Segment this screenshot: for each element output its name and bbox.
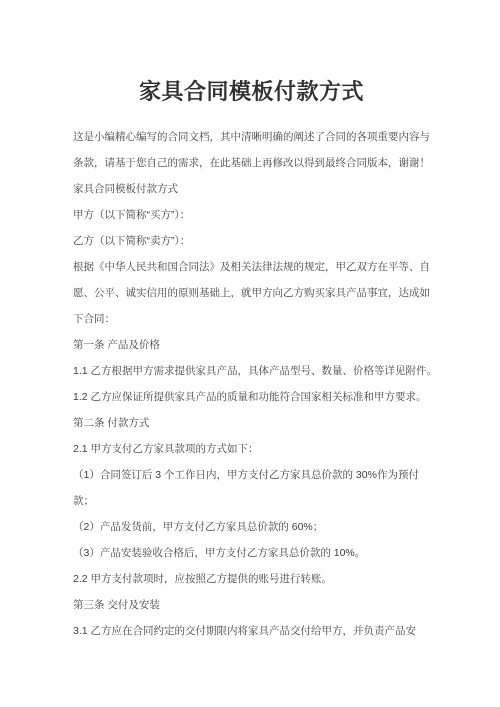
document-page: 家具合同模板付款方式 这是小编精心编写的合同文档，其中清晰明确的阐述了合同的各项… [0,0,500,707]
paragraph: （3）产品安装验收合格后，甲方支付乙方家具总价款的 10%。 [73,540,442,566]
paragraph: 1.1 乙方根据甲方需求提供家具产品，具体产品型号、数量、价格等详见附件。 [73,358,442,384]
paragraph: 1.2 乙方应保证所提供家具产品的质量和功能符合国家相关标准和甲方要求。 [73,384,442,410]
paragraph: 2.1 甲方支付乙方家具款项的方式如下： [73,436,442,462]
text-line: 愿、公平、诚实信用的原则基础上，就甲方向乙方购买家具产品事宜，达成如 [73,280,442,306]
paragraph: 这是小编精心编写的合同文档，其中清晰明确的阐述了合同的各项重要内容与条款，请基于… [73,124,442,176]
paragraph: 乙方（以下简称“卖方”）： [73,228,442,254]
paragraph: 3.1 乙方应在合同约定的交付期限内将家具产品交付给甲方，并负责产品安 [73,618,442,644]
text-line: 甲方（以下简称“买方”）： [73,202,442,228]
text-line: 第一条 产品及价格 [73,332,442,358]
paragraph: （1）合同签订后 3 个工作日内，甲方支付乙方家具总价款的 30%作为预付款； [73,462,442,514]
paragraph: 根据《中华人民共和国合同法》及相关法律法规的规定，甲乙双方在平等、自愿、公平、诚… [73,254,442,332]
text-line: 1.1 乙方根据甲方需求提供家具产品，具体产品型号、数量、价格等详见附件。 [73,358,442,384]
text-line: 下合同： [73,306,442,332]
text-line: 款； [73,488,442,514]
text-line: 条款，请基于您自己的需求，在此基础上再修改以得到最终合同版本，谢谢！ [73,150,442,176]
paragraph: 第三条 交付及安装 [73,592,442,618]
text-line: 1.2 乙方应保证所提供家具产品的质量和功能符合国家相关标准和甲方要求。 [73,384,442,410]
paragraph: 第二条 付款方式 [73,410,442,436]
text-line: 这是小编精心编写的合同文档，其中清晰明确的阐述了合同的各项重要内容与 [73,124,442,150]
text-line: 第二条 付款方式 [73,410,442,436]
text-line: （1）合同签订后 3 个工作日内，甲方支付乙方家具总价款的 30%作为预付 [73,462,442,488]
text-line: 3.1 乙方应在合同约定的交付期限内将家具产品交付给甲方，并负责产品安 [73,618,442,644]
paragraph: 甲方（以下简称“买方”）： [73,202,442,228]
text-line: （2）产品发货前，甲方支付乙方家具总价款的 60%； [73,514,442,540]
text-line: 2.1 甲方支付乙方家具款项的方式如下： [73,436,442,462]
text-line: 2.2 甲方支付款项时，应按照乙方提供的账号进行转账。 [73,566,442,592]
text-line: 第三条 交付及安装 [73,592,442,618]
paragraph: 2.2 甲方支付款项时，应按照乙方提供的账号进行转账。 [73,566,442,592]
text-line: （3）产品安装验收合格后，甲方支付乙方家具总价款的 10%。 [73,540,442,566]
text-line: 乙方（以下简称“卖方”）： [73,228,442,254]
text-line: 根据《中华人民共和国合同法》及相关法律法规的规定，甲乙双方在平等、自 [73,254,442,280]
paragraph: （2）产品发货前，甲方支付乙方家具总价款的 60%； [73,514,442,540]
text-line: 家具合同模板付款方式 [73,176,442,202]
document-body: 这是小编精心编写的合同文档，其中清晰明确的阐述了合同的各项重要内容与条款，请基于… [0,124,500,644]
paragraph: 第一条 产品及价格 [73,332,442,358]
paragraph: 家具合同模板付款方式 [73,176,442,202]
document-title: 家具合同模板付款方式 [0,0,500,108]
